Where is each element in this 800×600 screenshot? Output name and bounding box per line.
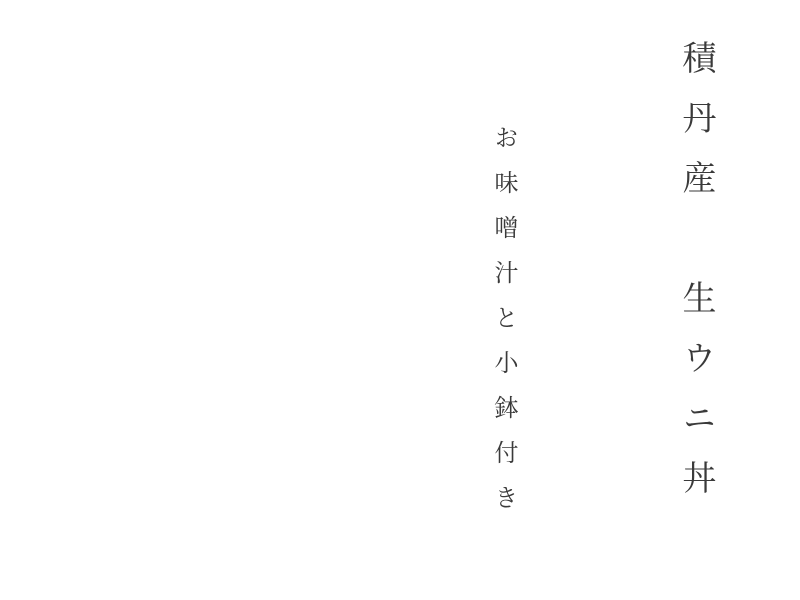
menu-card: 積丹産 生ウニ丼 お味噌汁と小鉢付き: [0, 0, 800, 600]
dish-subtitle: お味噌汁と小鉢付き: [490, 125, 516, 530]
dish-title: 積丹産 生ウニ丼: [677, 40, 713, 520]
